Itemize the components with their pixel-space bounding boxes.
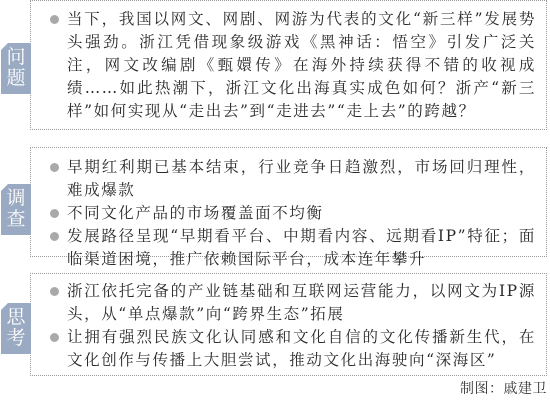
list-item: 让拥有强烈民族文化认同感和文化自信的文化传播新生代，在文化创作与传播上大胆尝试，… [31,326,546,372]
label-char: 查 [1,209,31,230]
question-list: 当下，我国以网文、网剧、网游为代表的文化“新三样”发展势头强劲。浙江凭借现象级游… [31,8,546,123]
bullet-icon [50,15,59,24]
reflection-list: 浙江依托完备的产业链基础和互联网运营能力，以网文为IP源头，从“单点爆款”向“跨… [31,280,546,372]
label-char: 题 [1,68,31,89]
section-label-question: 问 题 [1,43,31,94]
item-text: 不同文化产品的市场覆盖面不均衡 [67,204,324,222]
list-item: 当下，我国以网文、网剧、网游为代表的文化“新三样”发展势头强劲。浙江凭借现象级游… [31,8,546,123]
bullet-icon [50,333,59,342]
section-label-investigation: 调 查 [1,184,31,235]
list-item: 早期红利期已基本结束，行业竞争日趋激烈，市场回归理性，难成爆款 [31,156,546,202]
item-text: 发展路径呈现“早期看平台、中期看内容、远期看IP”特征；面临渠道困境，推广依赖国… [67,227,536,268]
list-item: 发展路径呈现“早期看平台、中期看内容、远期看IP”特征；面临渠道困境，推广依赖国… [31,225,546,271]
label-char: 问 [1,47,31,68]
item-text: 让拥有强烈民族文化认同感和文化自信的文化传播新生代，在文化创作与传播上大胆尝试，… [67,328,536,369]
item-text: 当下，我国以网文、网剧、网游为代表的文化“新三样”发展势头强劲。浙江凭借现象级游… [67,10,536,120]
investigation-list: 早期红利期已基本结束，行业竞争日趋激烈，市场回归理性，难成爆款 不同文化产品的市… [31,156,546,271]
bullet-icon [50,232,59,241]
item-text: 浙江依托完备的产业链基础和互联网运营能力，以网文为IP源头，从“单点爆款”向“跨… [67,282,536,323]
list-item: 浙江依托完备的产业链基础和互联网运营能力，以网文为IP源头，从“单点爆款”向“跨… [31,280,546,326]
label-char: 考 [1,328,31,349]
label-char: 调 [1,188,31,209]
bullet-icon [50,163,59,172]
bullet-icon [50,287,59,296]
section-label-reflection: 思 考 [1,303,31,354]
item-text: 早期红利期已基本结束，行业竞争日趋激烈，市场回归理性，难成爆款 [67,158,536,199]
bullet-icon [50,209,59,218]
section-reflection: 思 考 浙江依托完备的产业链基础和互联网运营能力，以网文为IP源头，从“单点爆款… [30,273,547,376]
section-question: 问 题 当下，我国以网文、网剧、网游为代表的文化“新三样”发展势头强劲。浙江凭借… [30,0,547,130]
section-investigation: 调 查 早期红利期已基本结束，行业竞争日趋激烈，市场回归理性，难成爆款 不同文化… [30,147,547,257]
credit-text: 制图：戚建卫 [460,378,547,398]
label-char: 思 [1,307,31,328]
list-item: 不同文化产品的市场覆盖面不均衡 [31,202,546,225]
